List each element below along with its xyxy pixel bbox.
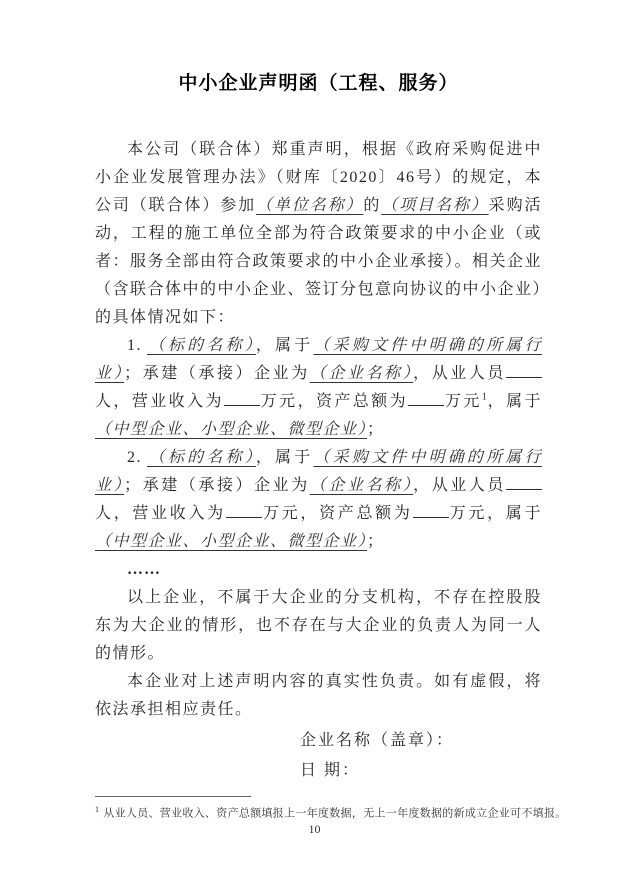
item-2-text: ，从业人员 (413, 477, 506, 494)
company-name-placeholder: （企业名称） (310, 477, 413, 494)
company-name-placeholder: （企业名称） (310, 365, 413, 382)
footnote-text: 1从业人员、营业收入、资产总额填报上一年度数据，无上一年度数据的新成立企业可不填… (95, 802, 545, 822)
item-1-text: ，从业人员 (413, 365, 506, 382)
footnote-area: 1从业人员、营业收入、资产总额填报上一年度数据，无上一年度数据的新成立企业可不填… (95, 796, 545, 822)
item-1-paragraph: 1.（标的名称），属于（采购文件中明确的所属行业）；承建（承接）企业为（企业名称… (95, 332, 542, 444)
item-2-text: 万元，资产总额为 (262, 505, 413, 522)
page-title: 中小企业声明函（工程、服务） (95, 70, 542, 98)
intro-mid-text: 的 (363, 197, 381, 214)
item-1-text: ，属于 (487, 393, 542, 410)
no-affiliation-paragraph: 以上企业，不属于大企业的分支机构，不存在控股股东为大企业的情形，也不存在与大企业… (95, 584, 542, 668)
blank-employees (506, 364, 542, 378)
item-2-text: ； (124, 477, 142, 494)
item-2-text: ； (367, 533, 385, 550)
item-2-paragraph: 2.（标的名称），属于（采购文件中明确的所属行业）；承建（承接）企业为（企业名称… (95, 444, 542, 556)
unit-name-placeholder: （单位名称） (256, 197, 363, 214)
enterprise-type-placeholder: （中型企业、小型企业、微型企业） (95, 421, 367, 438)
ellipsis-line: …… (95, 556, 542, 584)
blank-employees (506, 476, 542, 490)
item-1-text: ； (367, 421, 385, 438)
enterprise-type-placeholder: （中型企业、小型企业、微型企业） (95, 533, 367, 550)
blank-assets (408, 392, 444, 406)
date-label: 日 期： (300, 756, 542, 786)
item-1-text: 承建（承接）企业为 (142, 365, 310, 382)
item-2-text: 万元，属于 (449, 505, 542, 522)
blank-revenue (224, 392, 260, 406)
footnote-separator (95, 796, 251, 797)
item-2-number: 2. (127, 449, 142, 466)
item-1-text: ； (124, 365, 142, 382)
blank-assets (413, 504, 449, 518)
footnote-body: 从业人员、营业收入、资产总额填报上一年度数据，无上一年度数据的新成立企业可不填报… (103, 808, 566, 820)
item-1-text: 万元 (444, 393, 482, 410)
project-name-placeholder: （项目名称） (381, 197, 488, 214)
footnote-marker: 1 (95, 805, 99, 814)
item-1-text: 万元，资产总额为 (260, 393, 408, 410)
item-1-text: ，属于 (256, 337, 314, 354)
item-1-number: 1. (127, 337, 142, 354)
item-2-text: 承建（承接）企业为 (142, 477, 310, 494)
item-2-text: 人，营业收入为 (95, 505, 226, 522)
item-1-text: 人，营业收入为 (95, 393, 224, 410)
subject-name-placeholder: （标的名称） (147, 449, 256, 466)
responsibility-paragraph: 本企业对上述声明内容的真实性负责。如有虚假，将依法承担相应责任。 (95, 668, 542, 724)
item-2-text: ，属于 (256, 449, 314, 466)
page-number: 10 (0, 822, 629, 837)
blank-revenue (226, 504, 262, 518)
company-seal-label: 企业名称（盖章）： (300, 726, 542, 756)
subject-name-placeholder: （标的名称） (147, 337, 256, 354)
signature-block: 企业名称（盖章）： 日 期： (95, 726, 542, 786)
intro-paragraph: 本公司（联合体）郑重声明，根据《政府采购促进中小企业发展管理办法》（财库〔202… (95, 136, 542, 332)
document-content: 中小企业声明函（工程、服务） 本公司（联合体）郑重声明，根据《政府采购促进中小企… (95, 70, 542, 786)
intro-tail-text: 采购活动，工程的施工单位全部为符合政策要求的中小企业（或者：服务全部由符合政策要… (95, 197, 542, 326)
document-page: 中小企业声明函（工程、服务） 本公司（联合体）郑重声明，根据《政府采购促进中小企… (0, 0, 629, 896)
